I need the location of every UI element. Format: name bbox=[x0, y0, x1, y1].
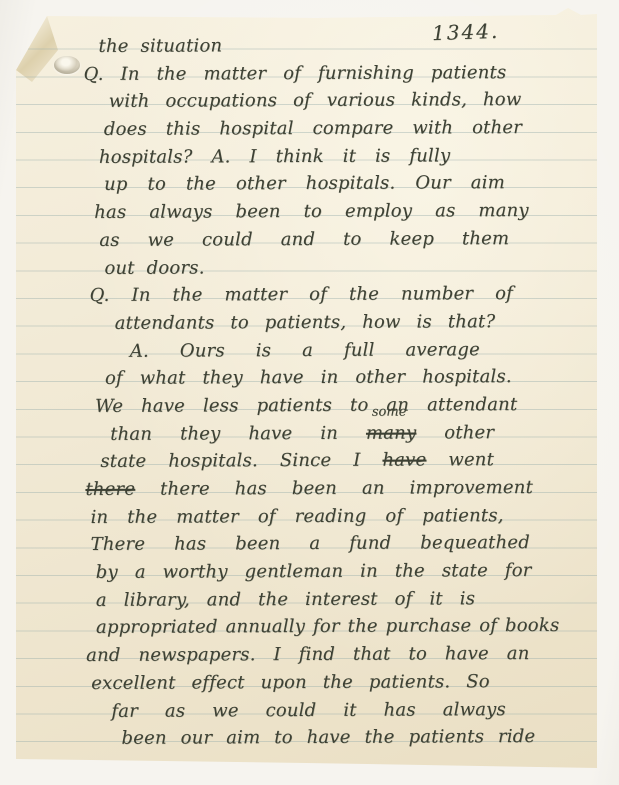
handwritten-line: with occupations of various kinds, how bbox=[15, 86, 596, 116]
handwritten-line: A. Ours is a full average bbox=[16, 335, 597, 365]
handwritten-text: the situation Q. In the matter of furnis… bbox=[14, 31, 598, 753]
handwritten-segment: than they have in bbox=[110, 422, 338, 444]
handwritten-line-with-correction: state hospitals. Since I have went bbox=[16, 446, 597, 476]
handwritten-line: appropriated annually for the purchase o… bbox=[17, 612, 598, 642]
handwritten-segment: there has been an improvement bbox=[160, 477, 533, 500]
handwritten-line: We have less patients to an attendant bbox=[16, 391, 597, 421]
struck-word: many bbox=[366, 422, 416, 443]
handwritten-segment: state hospitals. Since I bbox=[100, 450, 360, 472]
handwritten-line: by a worthy gentleman in the state for bbox=[17, 557, 598, 587]
handwritten-line: of what they have in other hospitals. bbox=[16, 363, 597, 393]
handwritten-segment: other bbox=[444, 422, 494, 443]
handwritten-line: excellent effect upon the patients. So bbox=[17, 668, 598, 698]
handwritten-line: does this hospital compare with other bbox=[15, 114, 596, 144]
struck-word: have bbox=[382, 450, 426, 471]
handwritten-line: There has been a fund bequeathed bbox=[17, 529, 598, 559]
handwritten-line: Q. In the matter of the number of bbox=[16, 280, 597, 310]
handwritten-line: as we could and to keep them bbox=[15, 225, 596, 255]
manuscript-page: 1344. the situation Q. In the matter of … bbox=[16, 8, 597, 770]
handwritten-line: far as we could it has always bbox=[17, 695, 598, 725]
handwritten-line: hospitals? A. I think it is fully bbox=[15, 141, 596, 171]
handwritten-line: the situation bbox=[14, 31, 595, 61]
scan-background: 1344. the situation Q. In the matter of … bbox=[0, 0, 619, 785]
handwritten-line-with-correction: than they have in somemany other bbox=[16, 418, 597, 448]
handwritten-line-with-correction: there there has been an improvement bbox=[16, 474, 597, 504]
handwritten-line: out doors. bbox=[15, 252, 596, 282]
handwritten-line: Q. In the matter of furnishing patients bbox=[15, 58, 596, 88]
handwritten-line: and newspapers. I find that to have an bbox=[17, 640, 598, 670]
correction: somemany bbox=[366, 419, 416, 447]
handwritten-line: attendants to patients, how is that? bbox=[16, 308, 597, 338]
handwritten-line: up to the other hospitals. Our aim bbox=[15, 169, 596, 199]
struck-word: there bbox=[85, 479, 135, 500]
handwritten-line: been our aim to have the patients ride bbox=[17, 723, 598, 753]
inserted-word: some bbox=[372, 405, 407, 418]
handwritten-line: a library, and the interest of it is bbox=[17, 584, 598, 614]
handwritten-line: has always been to employ as many bbox=[15, 197, 596, 227]
handwritten-segment: went bbox=[448, 449, 494, 470]
handwritten-line: in the matter of reading of patients, bbox=[16, 501, 597, 531]
